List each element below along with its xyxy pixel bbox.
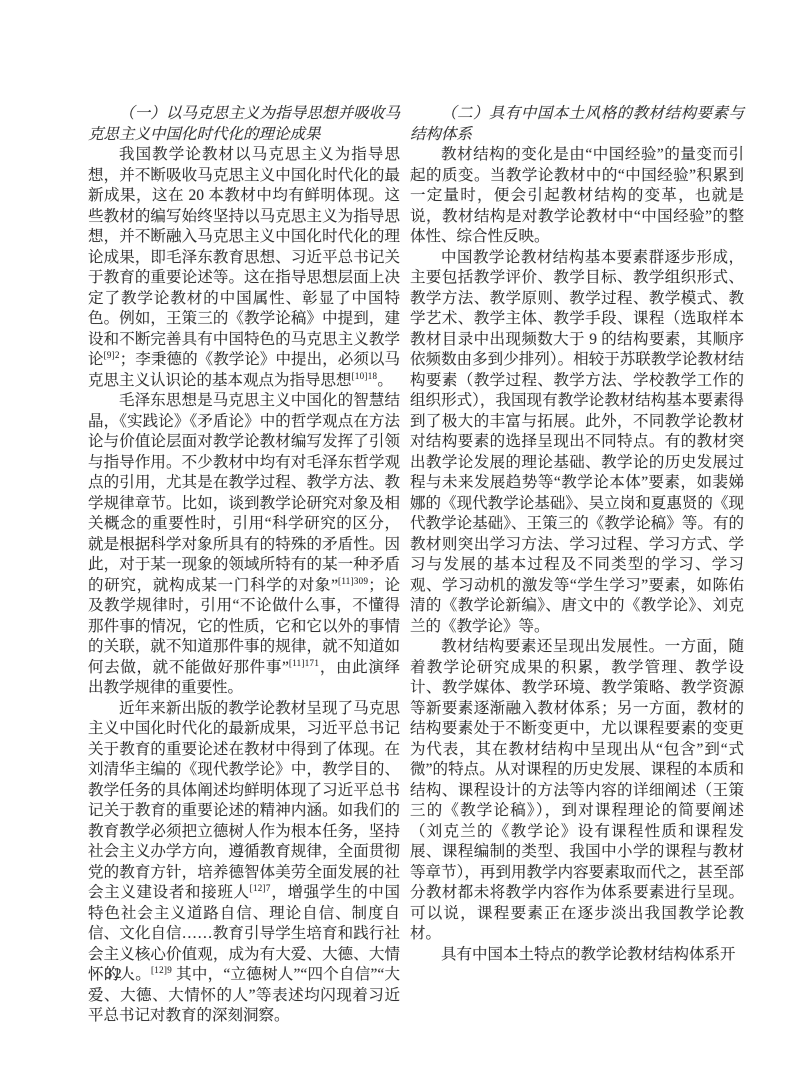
paragraph: 我国教学论教材以马克思主义为指导思想，并不断吸收马克思主义中国化时代化的最新成果… — [88, 145, 400, 391]
text-run: （一）以马克思主义为指导思想并吸收马克思主义中国化时代化的理论成果 — [88, 105, 400, 143]
citation-ref: [10]18 — [352, 370, 378, 380]
text-run: 我国教学论教材以马克思主义为指导思想，并不断吸收马克思主义中国化时代化的最新成果… — [88, 146, 400, 368]
text-run: 。 — [377, 372, 393, 389]
text-run: 毛泽东思想是马克思主义中国化的智慧结晶，《实践论》《矛盾论》中的哲学观点在方法论… — [88, 392, 400, 594]
section-heading: （一）以马克思主义为指导思想并吸收马克思主义中国化时代化的理论成果 — [88, 104, 400, 145]
paragraph: 中国教学论教材结构基本要素群逐步形成，主要包括教学评价、教学目标、教学组织形式、… — [410, 248, 744, 638]
paragraph: 毛泽东思想是马克思主义中国化的智慧结晶，《实践论》《矛盾论》中的哲学观点在方法论… — [88, 391, 400, 699]
text-run: 教材结构的变化是由“中国经验”的量变而引起的质变。当教学论教材中的“中国经验”积… — [410, 146, 744, 245]
citation-ref: [12]7 — [250, 883, 271, 893]
text-run: （二）具有中国本土风格的教材结构要素与结构体系 — [410, 105, 744, 143]
section-heading: （二）具有中国本土风格的教材结构要素与结构体系 — [410, 104, 744, 145]
text-run: 具有中国本土特点的教学论教材结构体系开 — [441, 946, 736, 963]
document-page: （一）以马克思主义为指导思想并吸收马克思主义中国化时代化的理论成果我国教学论教材… — [0, 0, 800, 1077]
citation-ref: [9]2 — [104, 350, 120, 360]
paragraph: 教材结构的变化是由“中国经验”的量变而引起的质变。当教学论教材中的“中国经验”积… — [410, 145, 744, 248]
text-column-right: （二）具有中国本土风格的教材结构要素与结构体系教材结构的变化是由“中国经验”的量… — [410, 104, 744, 965]
paragraph: 教材结构要素还呈现出发展性。一方面，随着教学论研究成果的积累，教学管理、教学设计… — [410, 637, 744, 945]
paragraph: 具有中国本土特点的教学论教材结构体系开 — [410, 945, 744, 966]
citation-ref: [12]9 — [151, 965, 172, 975]
text-column-left: （一）以马克思主义为指导思想并吸收马克思主义中国化时代化的理论成果我国教学论教材… — [88, 104, 400, 1027]
text-run: 教材结构要素还呈现出发展性。一方面，随着教学论研究成果的积累，教学管理、教学设计… — [410, 638, 744, 942]
citation-ref: [11]309 — [338, 575, 368, 585]
text-run: 中国教学论教材结构基本要素群逐步形成，主要包括教学评价、教学目标、教学组织形式、… — [410, 249, 744, 635]
text-run: 近年来新出版的教学论教材呈现了马克思主义中国化时代化的最新成果，习近平总书记关于… — [88, 700, 400, 902]
page-number: · 32 · — [92, 966, 137, 983]
citation-ref: [11]171 — [289, 657, 319, 667]
